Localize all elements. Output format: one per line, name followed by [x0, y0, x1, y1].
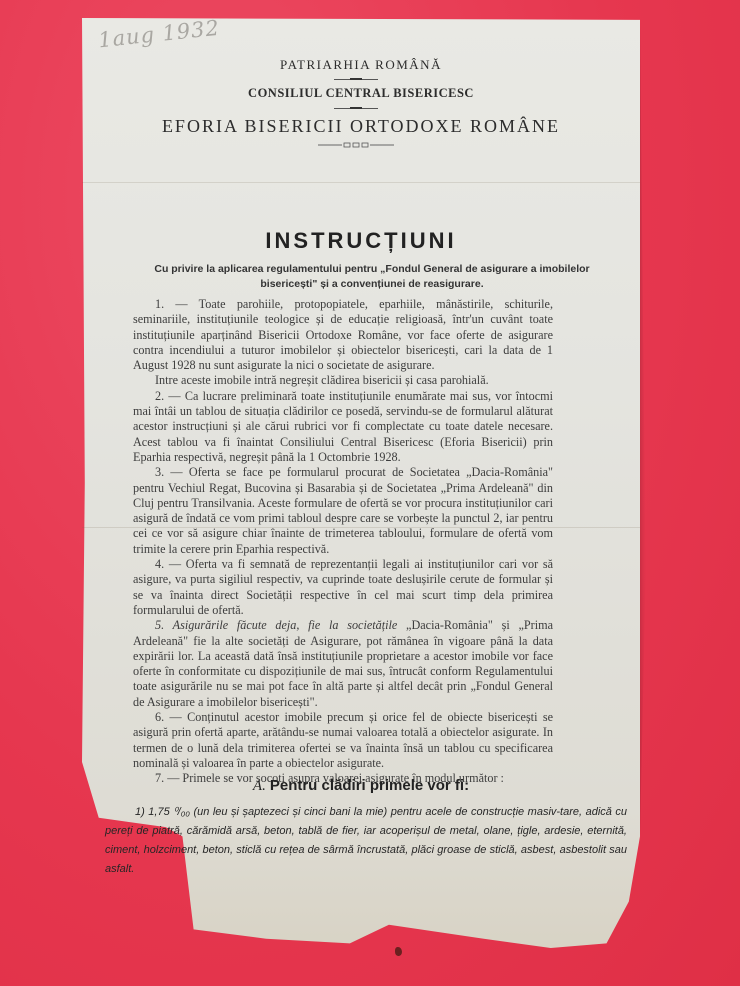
header-divider	[334, 79, 378, 80]
paragraph-5-lead: 5. Asigurările făcute deja, fie la socie…	[155, 618, 397, 632]
section-heading-text: Pentru clădiri primele vor fi:	[270, 777, 469, 794]
paragraphs-block: 1. — Toate parohiile, protopopiatele, ep…	[133, 297, 553, 787]
ornament-divider	[318, 142, 394, 148]
header-eforia: EFORIA BISERICII ORTODOXE ROMÂNE	[82, 116, 640, 137]
paper-fold-line	[82, 182, 640, 183]
section-letter: A.	[253, 778, 266, 794]
header-council: CONSILIUL CENTRAL BISERICESC	[82, 86, 640, 101]
paragraph-2: 2. — Ca lucrare preliminară toate instit…	[133, 389, 553, 465]
document-subtitle: Cu privire la aplicarea regulamentului p…	[140, 262, 604, 292]
paragraph-5: 5. Asigurările făcute deja, fie la socie…	[133, 618, 553, 710]
premium-item-1-rate: 1) 1,75 ⁰/₀₀	[135, 806, 190, 818]
paragraph-4: 4. — Oferta va fi semnată de reprezentan…	[133, 557, 553, 618]
document-title: INSTRUCȚIUNI	[82, 228, 640, 254]
header-patriarchate: PATRIARHIA ROMÂNĂ	[82, 57, 640, 73]
paragraph-3: 3. — Oferta se face pe formularul procur…	[133, 465, 553, 557]
premium-item-1: 1) 1,75 ⁰/₀₀ (un leu și șaptezeci și cin…	[105, 803, 627, 879]
paragraph-6: 6. — Conținutul acestor imobile precum ș…	[133, 710, 553, 771]
paragraph-1: 1. — Toate parohiile, protopopiatele, ep…	[133, 297, 553, 373]
section-a-heading: A.Pentru clădiri primele vor fi:	[82, 777, 640, 795]
header-divider	[334, 108, 378, 109]
paper-hole	[395, 947, 402, 956]
paragraph-1-note: Intre aceste imobile intră negreșit clăd…	[133, 373, 553, 388]
